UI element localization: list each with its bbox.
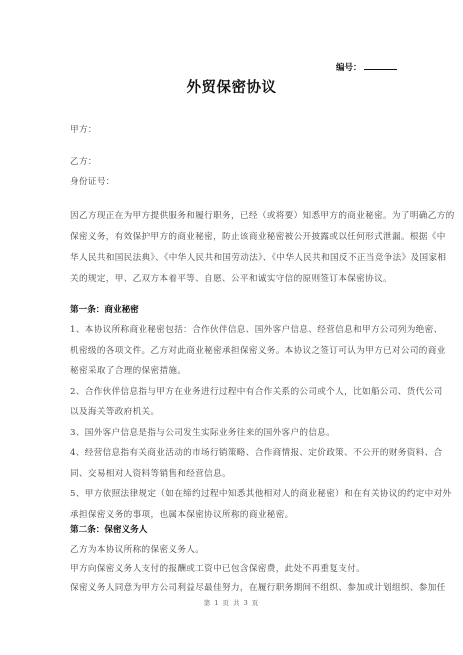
id-number-label: 身份证号： — [70, 175, 115, 187]
article-1-line: 机密级的各项文件。乙方对此商业秘密承担保密义务。本协议之签订可认为甲方已对公司的… — [70, 344, 446, 356]
doc-number-label: 编号： — [336, 63, 362, 73]
party-b-label: 乙方： — [70, 155, 97, 167]
article-1-line: 3、国外客户信息是指与公司发生实际业务往来的国外客户的信息。 — [70, 426, 335, 438]
article-2-line: 甲方向保密义务人支付的报酬或工资中已包含保密费，此处不再重复支付。 — [70, 562, 365, 574]
article-1-line: 同、交易相对人资料等销售和经营信息。 — [70, 467, 231, 479]
article-2-line: 乙方为本协议所称的保密义务人。 — [70, 543, 204, 555]
doc-number-field: 编号： — [336, 61, 397, 73]
article-2-line: 保密义务人同意为甲方公司利益尽最佳努力，在履行职务期间不组织、参加或计划组织、参… — [70, 581, 446, 593]
article-1-line: 秘密采取了合理的保密措施。 — [70, 364, 186, 376]
preamble-line: 关的规定，甲、乙双方本着平等、自愿、公平和诚实守信的原则签订本保密协议。 — [70, 272, 392, 284]
preamble-line: 保密义务，有效保护甲方的商业秘密，防止该商业秘密被公开披露或以任何形式泄漏。根据… — [70, 230, 446, 242]
article-1-line: 承担保密义务的事项，也属本保密协议所称的商业秘密。 — [70, 508, 294, 520]
document-title: 外贸保密协议 — [0, 76, 463, 97]
preamble-line: 华人民共和国民法典》、《中华人民共和国劳动法》、《中华人民共和国反不正当竞争法》… — [70, 251, 446, 263]
article-2-heading: 第二条：保密义务人 — [70, 523, 147, 535]
preamble-line: 因乙方现正在为甲方提供服务和履行职务，已经（或将要）知悉甲方的商业秘密。为了明确… — [70, 209, 455, 221]
document-page: 编号： 外贸保密协议 甲方： 乙方： 身份证号： 因乙方现正在为甲方提供服务和履… — [0, 0, 463, 655]
page-indicator: 第 1 页 共 3 页 — [0, 598, 463, 607]
doc-number-blank — [364, 61, 397, 70]
article-1-line: 5、甲方依照法律规定（如在缔约过程中知悉其他相对人的商业秘密）和在有关协议的约定… — [70, 487, 451, 499]
article-1-heading: 第一条：商业秘密 — [70, 303, 139, 315]
article-1-line: 1、本协议所称商业秘密包括：合作伙伴信息、国外客户信息、经营信息和甲方公司列为绝… — [70, 323, 443, 335]
party-a-label: 甲方： — [70, 123, 97, 135]
article-1-line: 2、合作伙伴信息指与甲方在业务进行过程中有合作关系的公司或个人，比如船公司、货代… — [70, 385, 443, 397]
article-1-line: 以及海关等政府机关。 — [70, 405, 159, 417]
article-1-line: 4、经营信息指有关商业活动的市场行销策略、合作商情报、定价政策、不公开的财务资料… — [70, 446, 443, 458]
